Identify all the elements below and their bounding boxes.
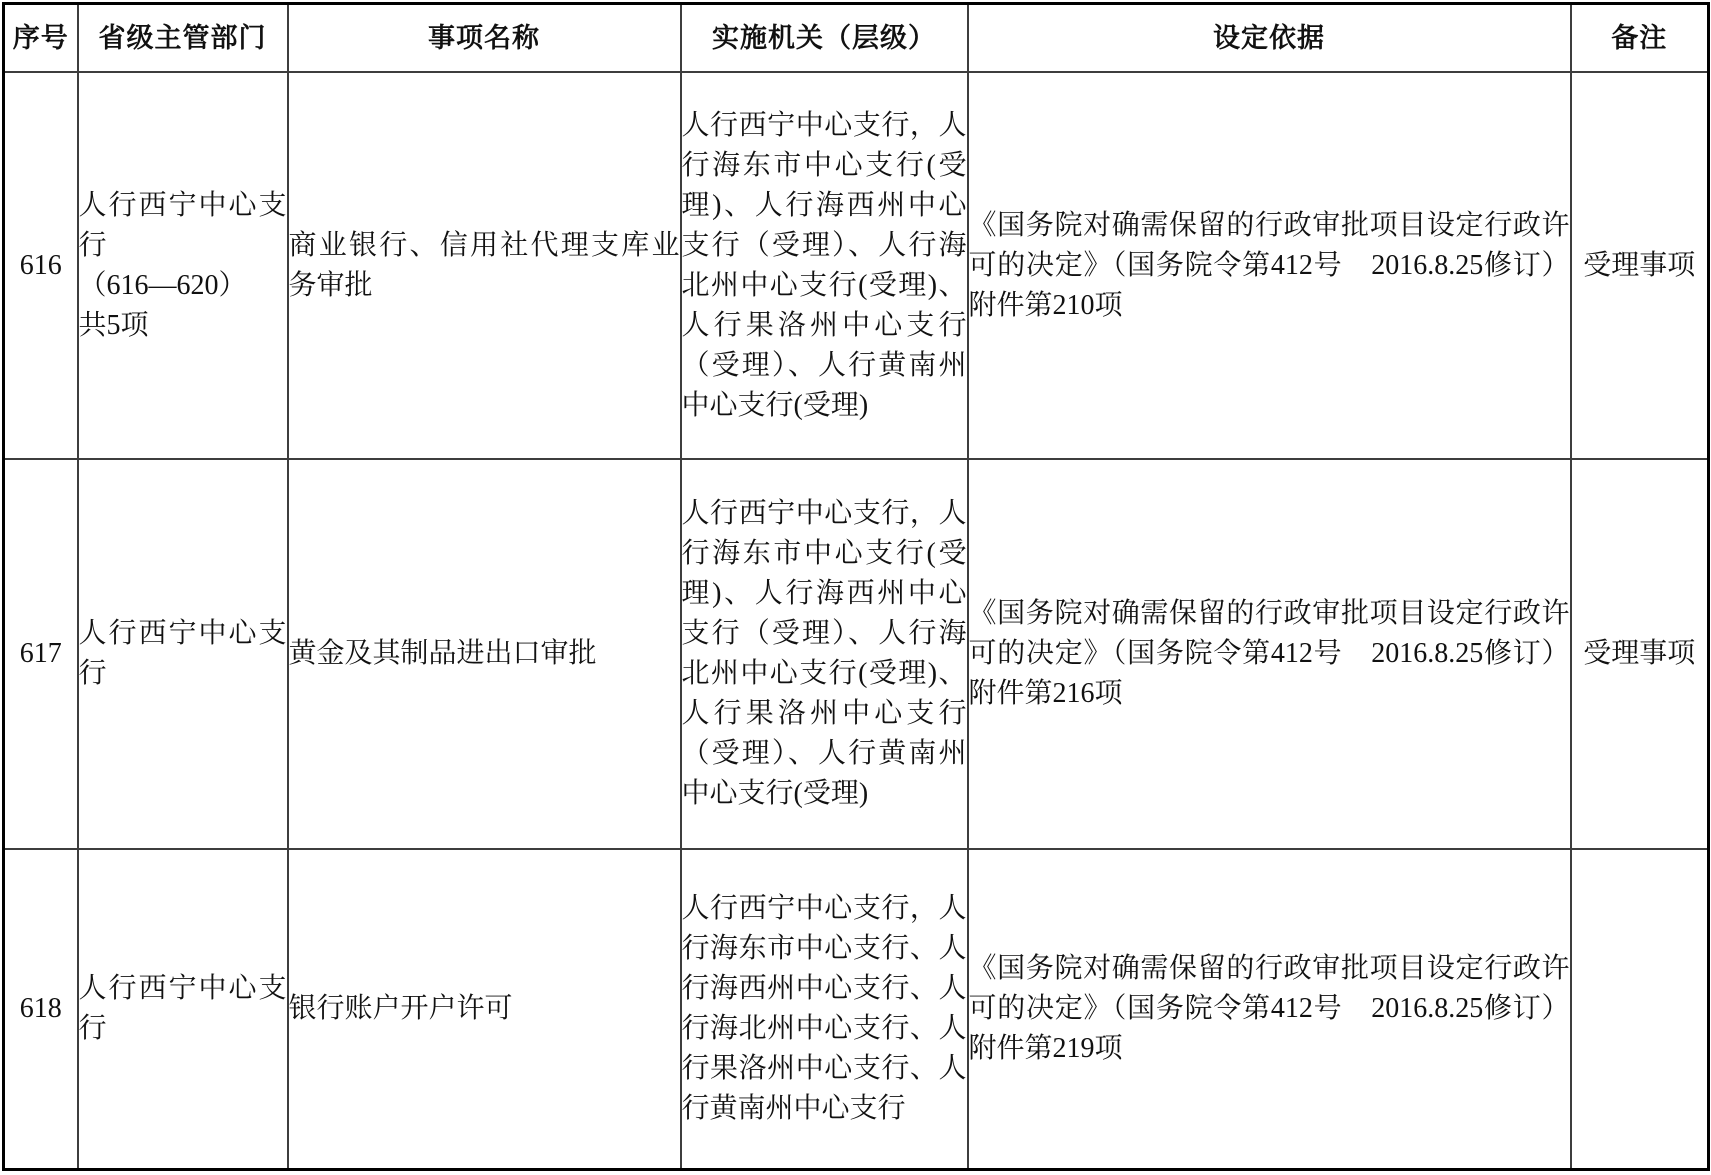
document-page: 序号 省级主管部门 事项名称 实施机关（层级） 设定依据 备注 616 人行西宁… [0, 0, 1711, 1175]
col-header-implementing-agency: 实施机关（层级） [681, 4, 968, 73]
cell-617-item-name: 黄金及其制品进出口审批 [288, 459, 681, 849]
cell-617-agency: 人行西宁中心支行，人行海东市中心支行(受理)、人行海西州中心支行（受理）、人行海… [681, 459, 968, 849]
col-header-serial-number: 序号 [4, 4, 78, 73]
approval-items-table: 序号 省级主管部门 事项名称 实施机关（层级） 设定依据 备注 616 人行西宁… [2, 2, 1710, 1171]
table-row-618: 618 人行西宁中心支行 银行账户开户许可 人行西宁中心支行，人行海东市中心支行… [4, 849, 1709, 1170]
cell-618-department: 人行西宁中心支行 [78, 849, 288, 1170]
table-header-row: 序号 省级主管部门 事项名称 实施机关（层级） 设定依据 备注 [4, 4, 1709, 73]
cell-618-agency: 人行西宁中心支行，人行海东市中心支行、人行海西州中心支行、人行海北州中心支行、人… [681, 849, 968, 1170]
cell-616-remark: 受理事项 [1571, 72, 1709, 459]
col-header-setting-basis: 设定依据 [968, 4, 1571, 73]
cell-616-agency: 人行西宁中心支行，人行海东市中心支行(受理)、人行海西州中心支行（受理）、人行海… [681, 72, 968, 459]
cell-616-basis: 《国务院对确需保留的行政审批项目设定行政许可的决定》（国务院令第412号 201… [968, 72, 1571, 459]
col-header-remarks: 备注 [1571, 4, 1709, 73]
cell-618-basis: 《国务院对确需保留的行政审批项目设定行政许可的决定》（国务院令第412号 201… [968, 849, 1571, 1170]
cell-618-serial-number: 618 [4, 849, 78, 1170]
col-header-item-name: 事项名称 [288, 4, 681, 73]
cell-618-remark [1571, 849, 1709, 1170]
cell-617-serial-number: 617 [4, 459, 78, 849]
cell-617-remark: 受理事项 [1571, 459, 1709, 849]
cell-617-department: 人行西宁中心支行 [78, 459, 288, 849]
table-row-616: 616 人行西宁中心支行 （616—620） 共5项 商业银行、信用社代理支库业… [4, 72, 1709, 459]
cell-616-item-name: 商业银行、信用社代理支库业务审批 [288, 72, 681, 459]
cell-616-serial-number: 616 [4, 72, 78, 459]
table-row-617: 617 人行西宁中心支行 黄金及其制品进出口审批 人行西宁中心支行，人行海东市中… [4, 459, 1709, 849]
cell-618-item-name: 银行账户开户许可 [288, 849, 681, 1170]
cell-616-department: 人行西宁中心支行 （616—620） 共5项 [78, 72, 288, 459]
col-header-provincial-department: 省级主管部门 [78, 4, 288, 73]
cell-617-basis: 《国务院对确需保留的行政审批项目设定行政许可的决定》（国务院令第412号 201… [968, 459, 1571, 849]
